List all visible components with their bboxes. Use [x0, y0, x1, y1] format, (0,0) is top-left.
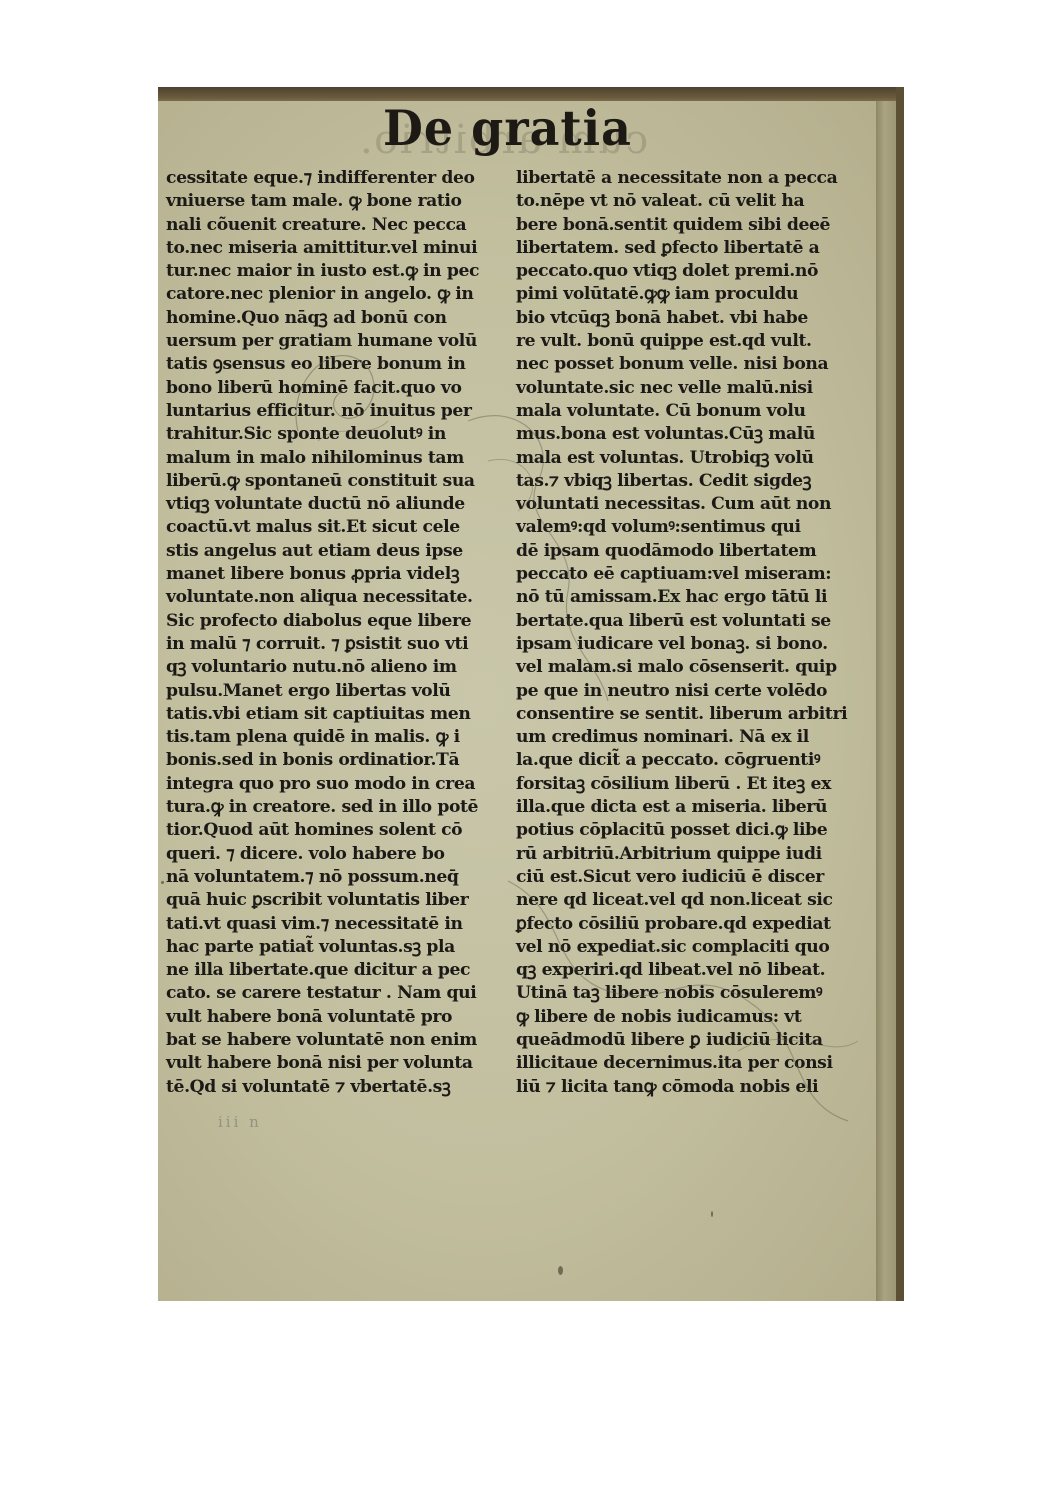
text-line: tura.ꝙ in creatore. sed in illo potē [166, 796, 501, 819]
running-head: De gratia [383, 100, 632, 157]
text-line: ipsam iudicare vel bonaꝫ. si bono. [516, 633, 866, 656]
text-line: pulsu.Manet ergo libertas volū [166, 680, 501, 703]
text-line: uersum per gratiam humane volū [166, 330, 501, 353]
text-line: voluntate.sic nec velle malū.nisi [516, 377, 866, 400]
text-line: qꝫ voluntario nutu.nō alieno im [166, 656, 501, 679]
text-line: bonis.sed in bonis ordinatior.Tā [166, 749, 501, 772]
text-line: trahitur.Sic sponte deuolutꝰ in [166, 423, 501, 446]
text-line: liberū.ꝙ spontaneū constituit sua [166, 470, 501, 493]
text-line: cato. se carere testatur . Nam qui [166, 982, 501, 1005]
text-line: forsitaꝫ cōsilium liberū . Et iteꝫ ex [516, 773, 866, 796]
text-line: vtiqꝫ voluntate ductū nō aliunde [166, 493, 501, 516]
text-line: qꝫ experiri.qd libeat.vel nō libeat. [516, 959, 866, 982]
text-line: mala voluntate. Cū bonum volu [516, 400, 866, 423]
text-line: vniuerse tam male. ꝙ bone ratio [166, 190, 501, 213]
text-line: nali cõuenit creature. Nec pecca [166, 214, 501, 237]
text-line: vult habere bonā nisi per volunta [166, 1052, 501, 1075]
text-line: tē.Qd si voluntatē ⁊ vbertatē.sꝫ [166, 1076, 501, 1099]
text-line: Utinā taꝫ libere nobis cōsuleremꝰ [516, 982, 866, 1005]
text-line: nā voluntatem.⁊ nō possum.neq̄ [166, 866, 501, 889]
text-column-right: libertatē a necessitate non a peccato.nē… [516, 167, 866, 1099]
text-line: consentire se sentit. liberum arbitri [516, 703, 866, 726]
text-column-left: cessitate eque.⁊ indifferenter deovniuer… [166, 167, 501, 1099]
text-line: queādmodū libere ꝑ iudiciū licita [516, 1029, 866, 1052]
text-line: tatis.vbi etiam sit captiuitas men [166, 703, 501, 726]
text-line: integra quo pro suo modo in crea [166, 773, 501, 796]
text-line: illicitaue decernimus.ita per consi [516, 1052, 866, 1075]
text-line: bio vtcūqꝫ bonā habet. vbi habe [516, 307, 866, 330]
text-line: vel nō expediat.sic complaciti quo [516, 936, 866, 959]
paper-speck [558, 1266, 563, 1275]
text-line: to.nec miseria amittitur.vel minui [166, 237, 501, 260]
text-line: bono liberū hominē facit.quo vo [166, 377, 501, 400]
text-line: vel malam.si malo cōsenserit. quip [516, 656, 866, 679]
text-line: pe que in neutro nisi certe volēdo [516, 680, 866, 703]
text-line: coactū.vt malus sit.Et sicut cele [166, 516, 501, 539]
text-line: potius cōplacitū posset dici.ꝙ libe [516, 819, 866, 842]
text-line: ciū est.Sicut vero iudiciū ē discer [516, 866, 866, 889]
paper-speck [711, 1211, 713, 1217]
text-line: nere qd liceat.vel qd non.liceat sic [516, 889, 866, 912]
text-line: cessitate eque.⁊ indifferenter deo [166, 167, 501, 190]
scanned-page: cum arbitrio. De gratia cessitate eque.⁊… [158, 87, 904, 1301]
text-line: bat se habere voluntatē non enim [166, 1029, 501, 1052]
text-line: libertatē a necessitate non a pecca [516, 167, 866, 190]
text-line: queri. ⁊ dicere. volo habere bo [166, 843, 501, 866]
text-line: um credimus nominari. Nā ex il [516, 726, 866, 749]
text-line: tis.tam plena quidē in malis. ꝙ i [166, 726, 501, 749]
paper-leaf: cum arbitrio. De gratia cessitate eque.⁊… [158, 101, 876, 1301]
text-line: mala est voluntas. Utrobiqꝫ volū [516, 447, 866, 470]
text-line: bere bonā.sentit quidem sibi deeē [516, 214, 866, 237]
text-line: tatis ꝯsensus eo libere bonum in [166, 353, 501, 376]
text-line: re vult. bonū quippe est.qd vult. [516, 330, 866, 353]
text-line: nec posset bonum velle. nisi bona [516, 353, 866, 376]
text-line: rū arbitriū.Arbitrium quippe iudi [516, 843, 866, 866]
text-line: tas.⁊ vbiqꝫ libertas. Cedit sigdeꝫ [516, 470, 866, 493]
text-line: malum in malo nihilominus tam [166, 447, 501, 470]
text-line: homine.Quo nāqꝫ ad bonū con [166, 307, 501, 330]
text-line: stis angelus aut etiam deus ipse [166, 540, 501, 563]
text-line: tior.Quod aūt homines solent cō [166, 819, 501, 842]
text-line: to.nēpe vt nō valeat. cū velit ha [516, 190, 866, 213]
text-line: tur.nec maior in iusto est.ꝙ in pec [166, 260, 501, 283]
text-line: liū ⁊ licita tanꝙ cōmoda nobis eli [516, 1076, 866, 1099]
text-line: ꝙ libere de nobis iudicamus: vt [516, 1006, 866, 1029]
text-line: nō tū amissam.Ex hac ergo tātū li [516, 586, 866, 609]
text-line: bertate.qua liberū est voluntati se [516, 610, 866, 633]
text-line: manet libere bonus ꝓpria videlꝫ [166, 563, 501, 586]
text-line: Sic profecto diabolus eque libere [166, 610, 501, 633]
text-line: voluntate.non aliqua necessitate. [166, 586, 501, 609]
signature-mark: iii n [218, 1113, 262, 1131]
text-line: peccato eē captiuam:vel miseram: [516, 563, 866, 586]
binding-right-edge [896, 87, 904, 1301]
text-line: luntarius efficitur. nō inuitus per [166, 400, 501, 423]
text-line: quā huic ꝑscribit voluntatis liber [166, 889, 501, 912]
text-line: ne illa libertate.que dicitur a pec [166, 959, 501, 982]
text-line: libertatem. sed ꝑfecto libertatē a [516, 237, 866, 260]
text-line: dē ipsam quodāmodo libertatem [516, 540, 866, 563]
text-line: la.que dicit̃ a peccato. cōgruentiꝰ [516, 749, 866, 772]
text-line: pimi volūtatē.ꝙꝙ iam proculdu [516, 283, 866, 306]
text-line: in malū ⁊ corruit. ⁊ ꝑsistit suo vti [166, 633, 501, 656]
paper-speck [161, 881, 164, 884]
text-line: ꝑfecto cōsiliū probare.qd expediat [516, 913, 866, 936]
text-line: tati.vt quasi vim.⁊ necessitatē in [166, 913, 501, 936]
text-line: illa.que dicta est a miseria. liberū [516, 796, 866, 819]
text-line: catore.nec plenior in angelo. ꝙ in [166, 283, 501, 306]
text-line: valemꝰ:qd volumꝰ:sentimus qui [516, 516, 866, 539]
text-line: vult habere bonā voluntatē pro [166, 1006, 501, 1029]
text-line: hac parte patiat̃ voluntas.sꝫ pla [166, 936, 501, 959]
text-line: voluntati necessitas. Cum aūt non [516, 493, 866, 516]
text-line: peccato.quo vtiqꝫ dolet premi.nō [516, 260, 866, 283]
text-line: mus.bona est voluntas.Cūꝫ malū [516, 423, 866, 446]
